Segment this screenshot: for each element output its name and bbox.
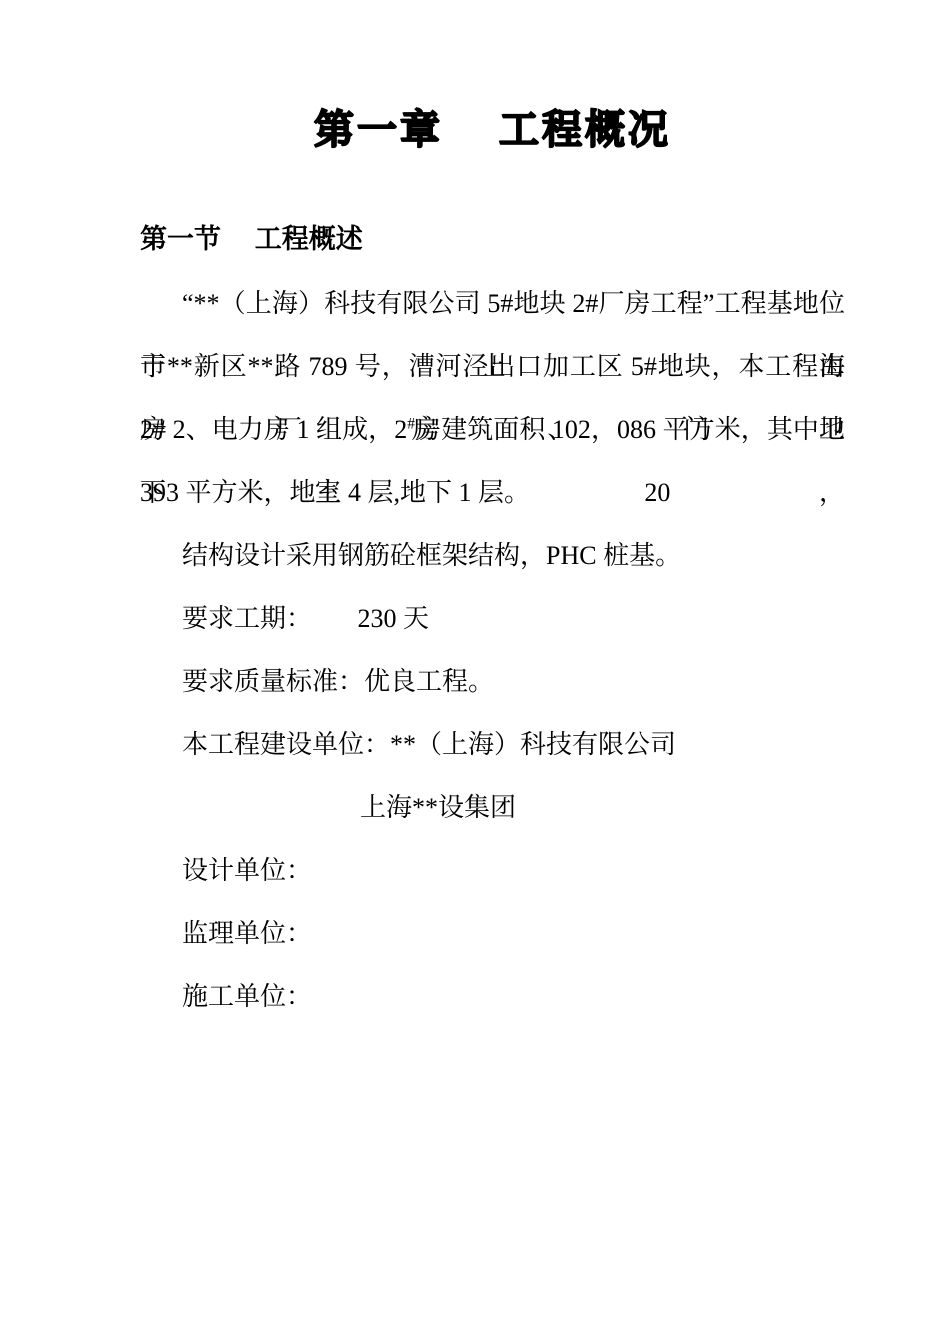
document-body: “**（上海）科技有限公司 5#地块 2#厂房工程”工程基地位于上海 市**新区… [140, 272, 845, 1028]
body-line-group-name: 上海**设集团 [360, 776, 845, 839]
building-area-text-before-sup: 房 2、电力房 1 组成，2 [140, 415, 407, 444]
body-line-construction-unit: 施工单位： [140, 965, 845, 1028]
body-line-supervision-unit: 监理单位： [140, 902, 845, 965]
body-line-construction-period: 要求工期： 230 天 [140, 587, 845, 650]
superscript-hash: # [407, 415, 415, 432]
body-line-structure-design: 结构设计采用钢筋砼框架结构，PHC 桩基。 [140, 524, 845, 587]
body-line-construction-owner: 本工程建设单位：**（上海）科技有限公司 [140, 713, 845, 776]
section-heading: 第一节 工程概述 [140, 222, 845, 256]
document-page: 第一章 工程概况 第一节 工程概述 “**（上海）科技有限公司 5#地块 2#厂… [0, 0, 950, 1344]
body-line-design-unit: 设计单位： [140, 839, 845, 902]
body-line-quality-standard: 要求质量标准：优良工程。 [140, 650, 845, 713]
body-line-building-area: 房 2、电力房 1 组成，2#房建筑面积 102，086 平方米，其中地下室 2… [140, 398, 845, 461]
body-line-project-name: “**（上海）科技有限公司 5#地块 2#厂房工程”工程基地位于上海 [140, 272, 845, 335]
body-line-location: 市**新区**路 789 号，漕河泾出口加工区 5#地块，本工程由 2#厂房、门… [140, 335, 845, 398]
chapter-title: 第一章 工程概况 [140, 102, 845, 158]
